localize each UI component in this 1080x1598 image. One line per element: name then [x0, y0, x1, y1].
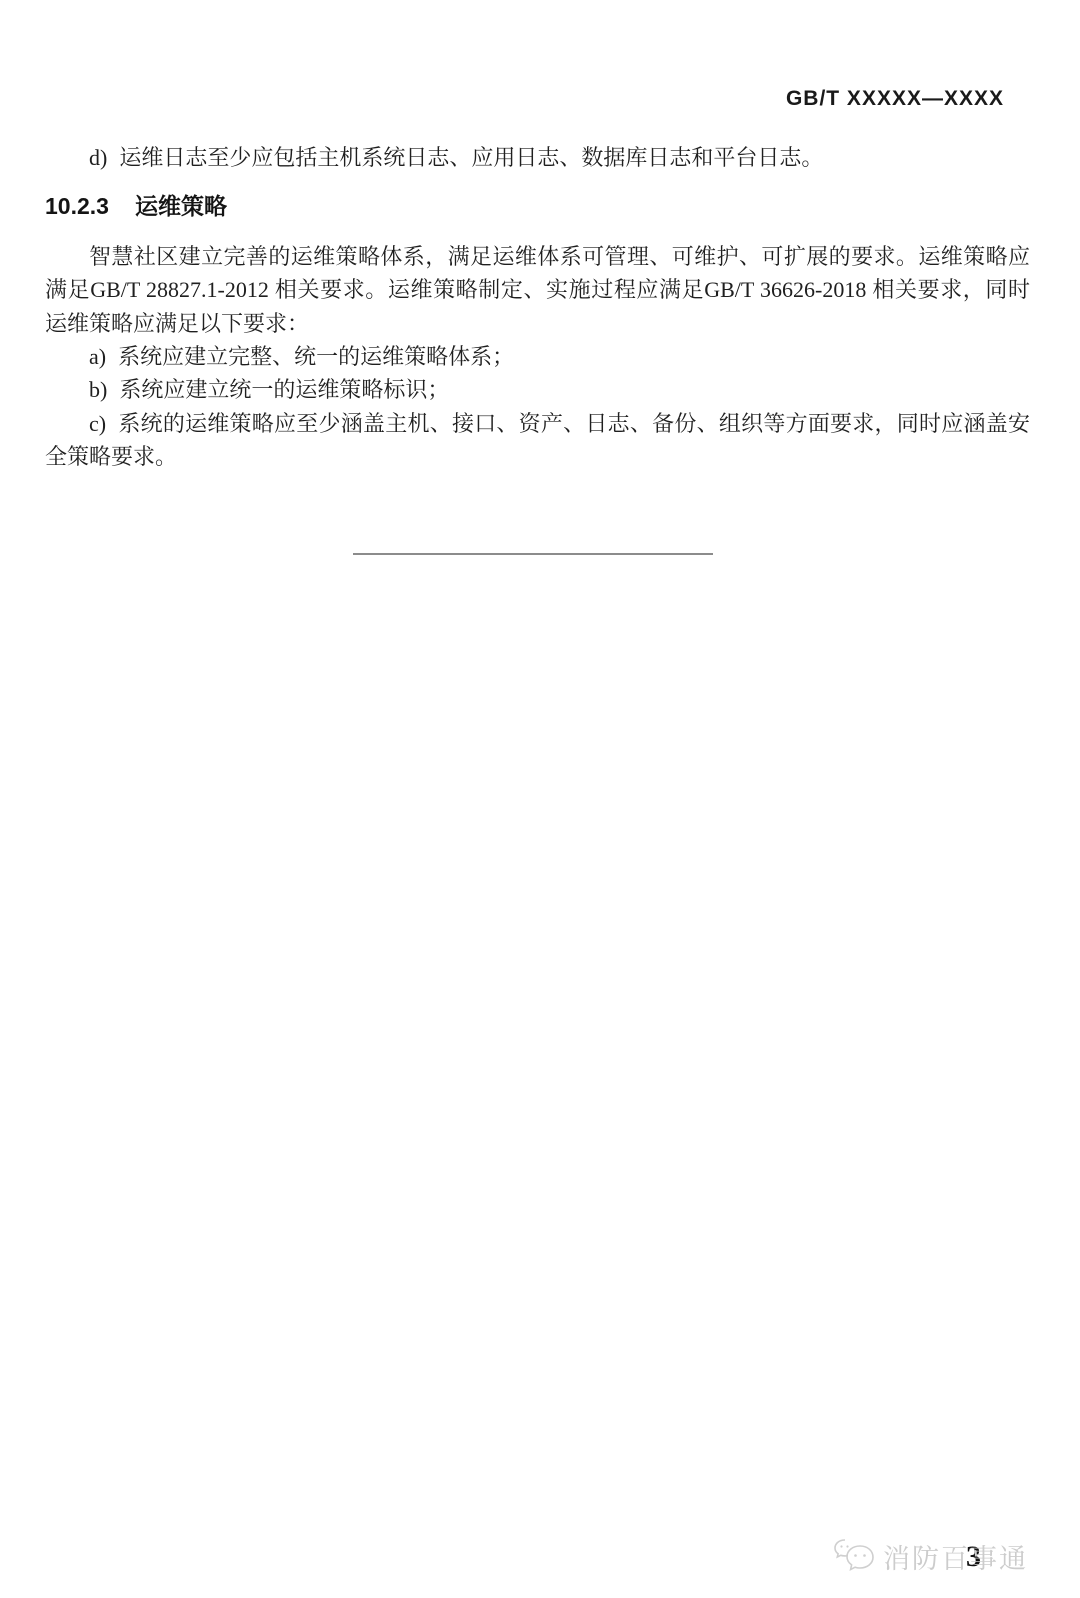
body-paragraph: 智慧社区建立完善的运维策略体系，满足运维体系可管理、可维护、可扩展的要求。运维策…: [45, 240, 1030, 340]
list-item-c-marker: c): [89, 407, 106, 440]
watermark-text: 消防百事通: [883, 1537, 1028, 1576]
section-title: 运维策略: [135, 193, 227, 219]
list-item-a-text: 系统应建立完整、统一的运维策略体系；: [118, 344, 514, 369]
list-item-d-marker: d): [89, 141, 107, 174]
list-item-d: d)运维日志至少应包括主机系统日志、应用日志、数据库日志和平台日志。: [45, 141, 1030, 174]
end-of-text-divider: [353, 553, 713, 555]
standard-code-header: GB/T XXXXX—XXXX: [786, 87, 1004, 111]
list-item-b-marker: b): [89, 373, 107, 406]
section-number: 10.2.3: [45, 193, 109, 219]
document-page: GB/T XXXXX—XXXX d)运维日志至少应包括主机系统日志、应用日志、数…: [0, 0, 1080, 1598]
list-item-a: a)系统应建立完整、统一的运维策略体系；: [45, 340, 1030, 373]
document-body: d)运维日志至少应包括主机系统日志、应用日志、数据库日志和平台日志。 10.2.…: [45, 141, 1030, 474]
list-item-c-text: 系统的运维策略应至少涵盖主机、接口、资产、日志、备份、组织等方面要求，同时应涵盖…: [45, 411, 1030, 469]
list-item-d-text: 运维日志至少应包括主机系统日志、应用日志、数据库日志和平台日志。: [119, 145, 823, 170]
watermark: 消防百事通: [833, 1536, 1028, 1576]
wechat-icon: [833, 1536, 877, 1576]
section-heading: 10.2.3运维策略: [45, 190, 1030, 223]
list-item-b: b)系统应建立统一的运维策略标识；: [45, 373, 1030, 406]
list-item-b-text: 系统应建立统一的运维策略标识；: [119, 377, 449, 402]
list-item-a-marker: a): [89, 340, 106, 373]
list-item-c: c)系统的运维策略应至少涵盖主机、接口、资产、日志、备份、组织等方面要求，同时应…: [45, 407, 1030, 474]
